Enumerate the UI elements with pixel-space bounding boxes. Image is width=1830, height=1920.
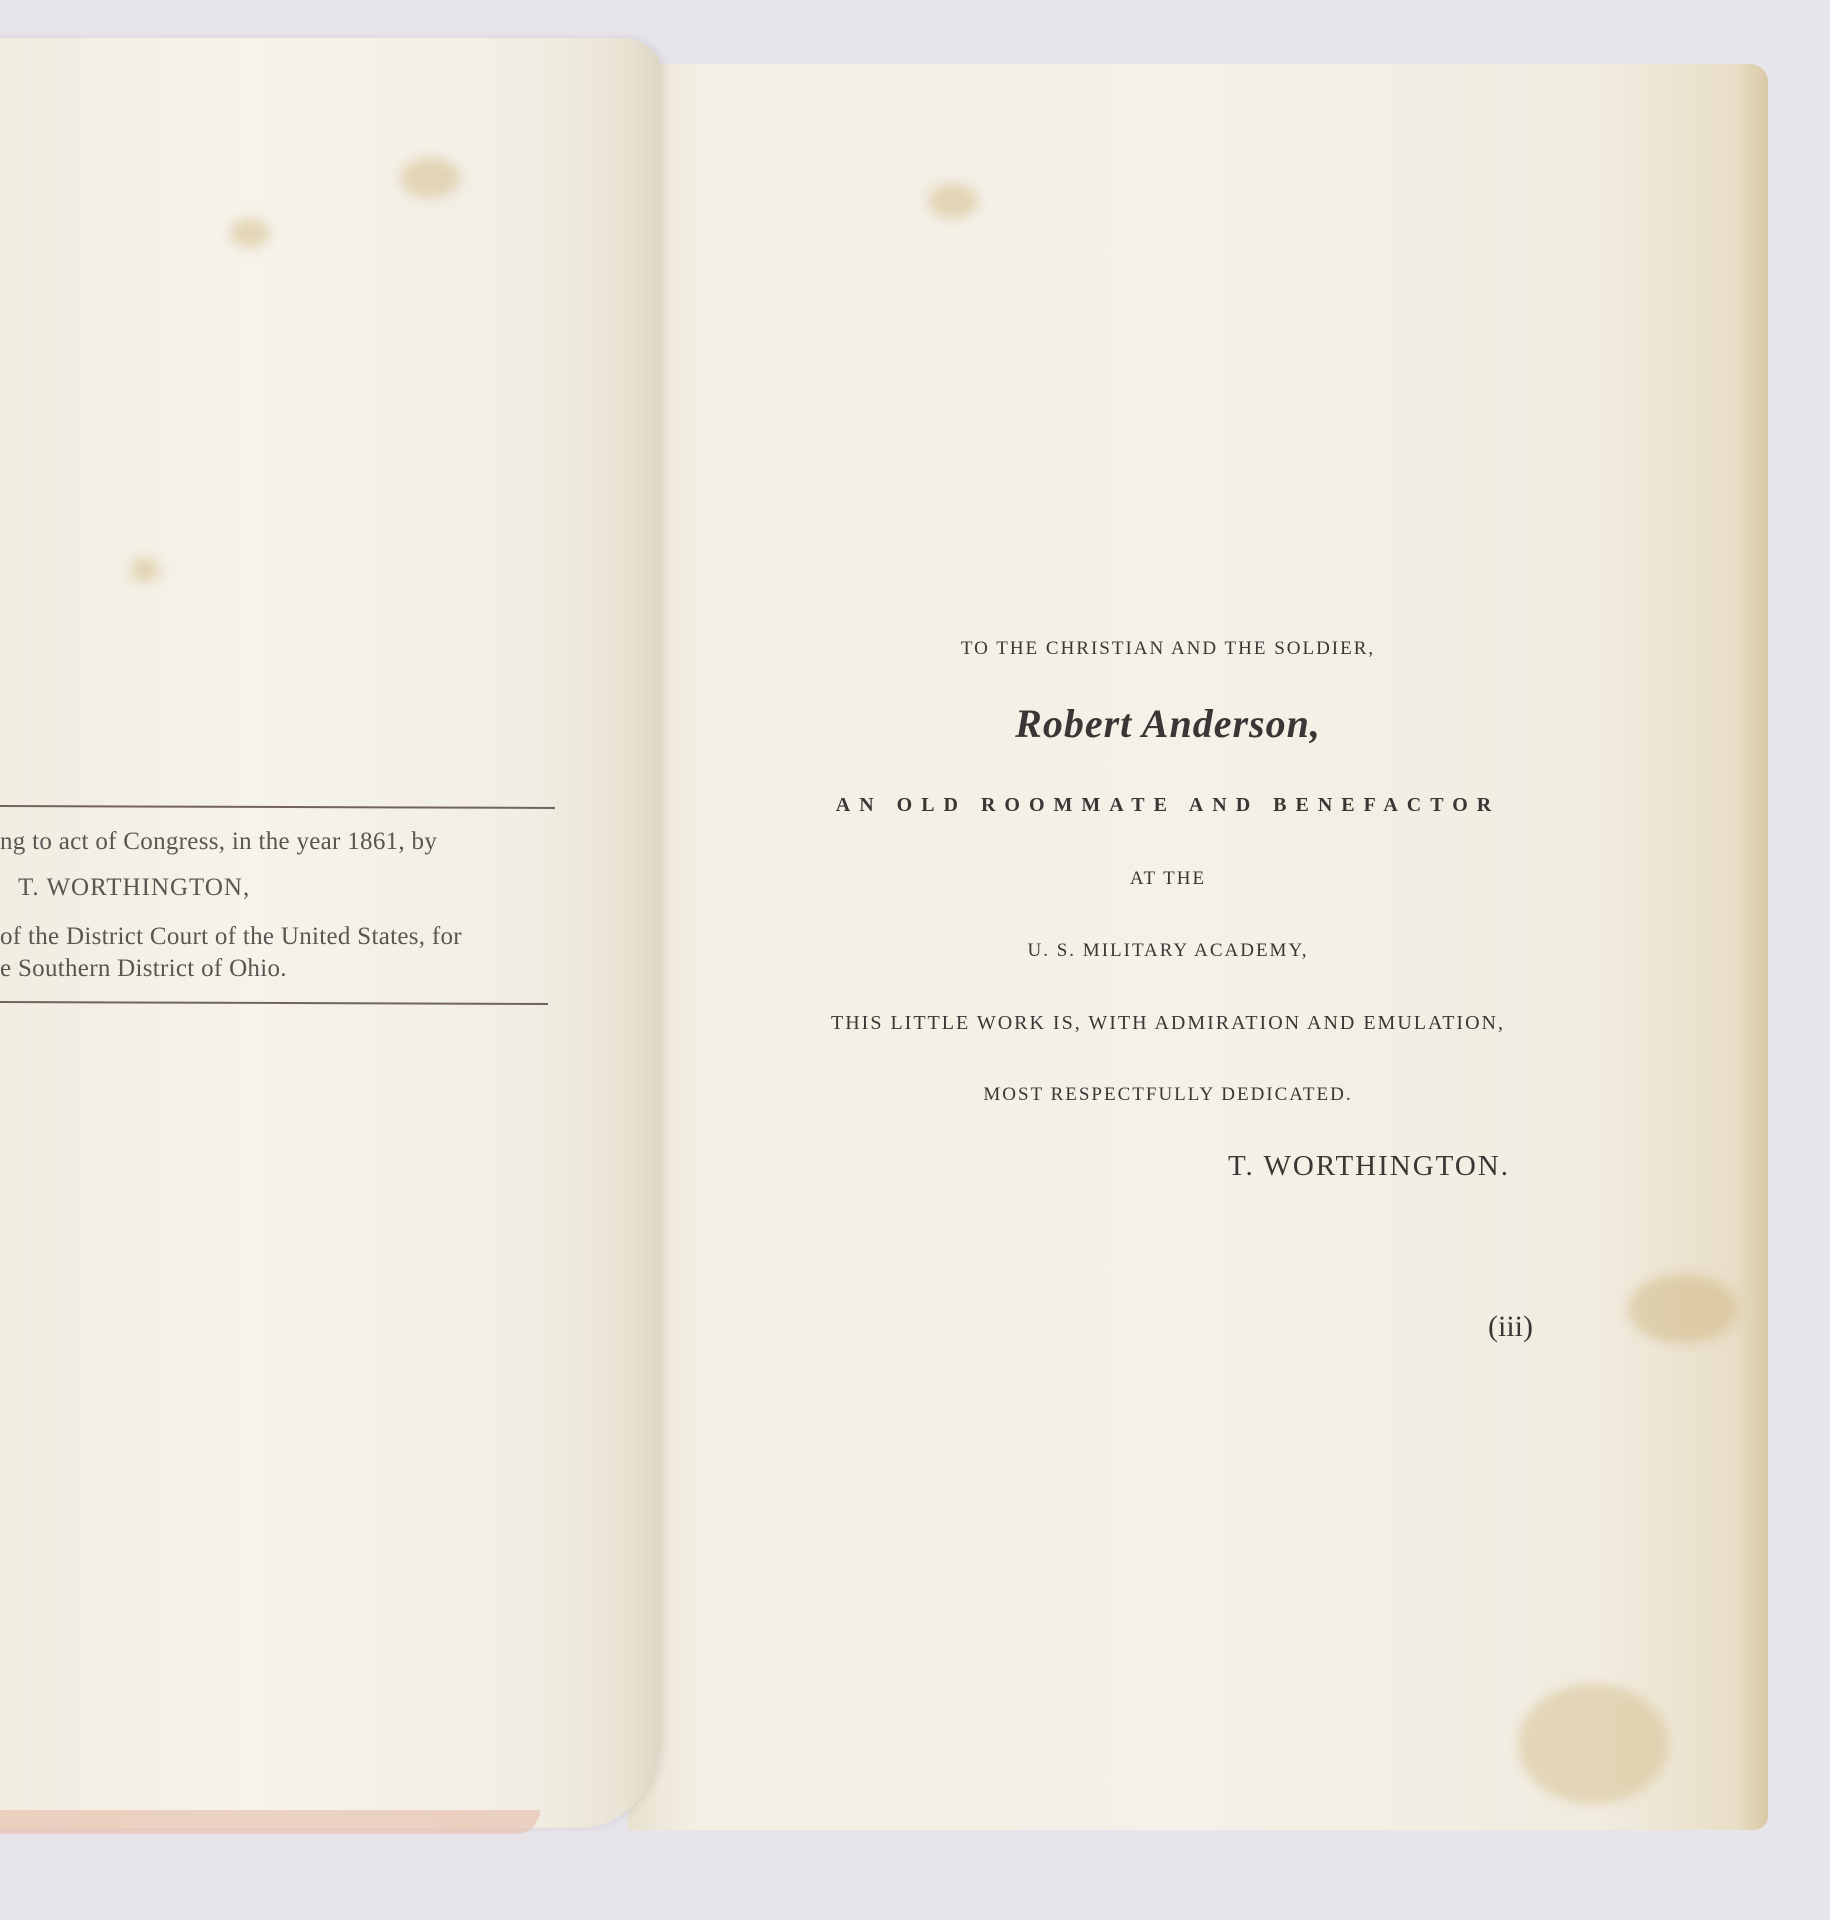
left-page-copyright: ng to act of Congress, in the year 1861,… <box>0 38 660 1828</box>
bottom-rule <box>0 1001 548 1005</box>
dedication-line-3: AN OLD ROOMMATE AND BENEFACTOR <box>728 794 1608 817</box>
copyright-line-3: of the District Court of the United Stat… <box>0 923 462 951</box>
dedication-line-1: TO THE CHRISTIAN AND THE SOLDIER, <box>728 638 1608 660</box>
dedication-line-4: AT THE <box>728 868 1608 890</box>
top-rule <box>0 805 555 809</box>
dedicatee-name: Robert Anderson, <box>728 700 1608 747</box>
copyright-line-4: e Southern District of Ohio. <box>0 955 287 983</box>
dedication-signature: T. WORTHINGTON. <box>1228 1150 1510 1183</box>
copyright-line-1: ng to act of Congress, in the year 1861,… <box>0 828 437 856</box>
copyright-author: T. WORTHINGTON, <box>18 874 250 902</box>
dedication-block: TO THE CHRISTIAN AND THE SOLDIER, Robert… <box>728 64 1608 1830</box>
foxing-stain <box>1628 1274 1738 1344</box>
foxing-stain <box>130 558 160 582</box>
dedication-line-5: U. S. MILITARY ACADEMY, <box>728 940 1608 962</box>
foxing-stain <box>400 158 460 198</box>
dedication-line-6: THIS LITTLE WORK IS, WITH ADMIRATION AND… <box>728 1012 1608 1035</box>
dedication-line-7: MOST RESPECTFULLY DEDICATED. <box>728 1084 1608 1106</box>
right-page-dedication: TO THE CHRISTIAN AND THE SOLDIER, Robert… <box>628 64 1768 1830</box>
foxing-stain <box>230 218 270 248</box>
page-number: (iii) <box>1488 1310 1533 1344</box>
